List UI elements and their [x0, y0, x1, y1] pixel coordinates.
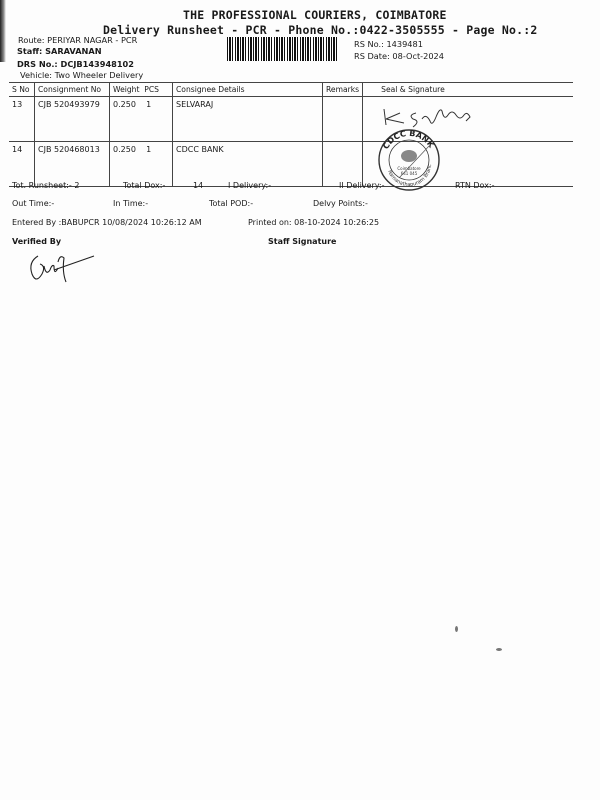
staff-signature-label: Staff Signature	[268, 237, 336, 246]
col-weight-pcs: Weight PCS	[110, 83, 173, 97]
table-header-row: S No Consignment No Weight PCS Consignee…	[9, 83, 573, 97]
col-remarks: Remarks	[323, 83, 363, 97]
rs-date: RS Date: 08-Oct-2024	[354, 51, 444, 61]
delvy-points: Delvy Points:-	[313, 199, 368, 208]
col-sno: S No	[9, 83, 35, 97]
cell-remarks	[323, 142, 363, 187]
drs-number: DRS No.: DCJB143948102	[17, 59, 134, 69]
tot-runsheet: Tot. Runsheet:- 2	[12, 181, 79, 190]
vehicle-label: Vehicle: Two Wheeler Delivery	[20, 70, 143, 80]
barcode-icon	[227, 37, 339, 61]
out-time: Out Time:-	[12, 199, 54, 208]
bank-stamp-icon: CDCC BANK Ramanathapuram Branch Coimbato…	[377, 128, 441, 192]
cell-sno: 14	[9, 142, 35, 187]
col-consignment: Consignment No	[35, 83, 110, 97]
scan-speck	[496, 648, 502, 651]
verifier-signature-icon	[24, 252, 99, 287]
col-seal: Seal & Signature	[363, 83, 573, 97]
printed-on: Printed on: 08-10-2024 10:26:25	[248, 218, 379, 227]
col-consignee: Consignee Details	[173, 83, 323, 97]
ii-delivery: II Delivery:-	[339, 181, 384, 190]
table-row: 14 CJB 520468013 0.250 1 CDCC BANK	[9, 142, 573, 187]
runsheet-title: Delivery Runsheet - PCR - Phone No.:0422…	[103, 23, 538, 37]
cell-sno: 13	[9, 97, 35, 142]
scan-edge-shadow	[0, 0, 6, 62]
cell-consignee: SELVARAJ	[173, 97, 323, 142]
rtn-dox: RTN Dox:-	[455, 181, 495, 190]
cell-consignment: CJB 520468013	[35, 142, 110, 187]
cell-consignee: CDCC BANK	[173, 142, 323, 187]
cell-weight-pcs: 0.250 1	[110, 142, 173, 187]
cell-consignment: CJB 520493979	[35, 97, 110, 142]
staff-label: Staff: SARAVANAN	[17, 46, 102, 56]
total-pod: Total POD:-	[209, 199, 253, 208]
consignment-table: S No Consignment No Weight PCS Consignee…	[9, 82, 573, 187]
cell-weight-pcs: 0.250 1	[110, 97, 173, 142]
rs-number: RS No.: 1439481	[354, 39, 423, 49]
total-dox-label: Total Dox:-	[123, 181, 165, 190]
entered-by: Entered By :BABUPCR 10/08/2024 10:26:12 …	[12, 218, 202, 227]
scan-speck	[455, 626, 458, 632]
route-label: Route: PERIYAR NAGAR - PCR	[18, 35, 137, 45]
verified-by-label: Verified By	[12, 237, 61, 246]
total-dox-value: 14	[193, 181, 203, 190]
i-delivery: I Delivery:-	[228, 181, 271, 190]
cell-remarks	[323, 97, 363, 142]
company-title: THE PROFESSIONAL COURIERS, COIMBATORE	[183, 8, 447, 22]
in-time: In Time:-	[113, 199, 148, 208]
